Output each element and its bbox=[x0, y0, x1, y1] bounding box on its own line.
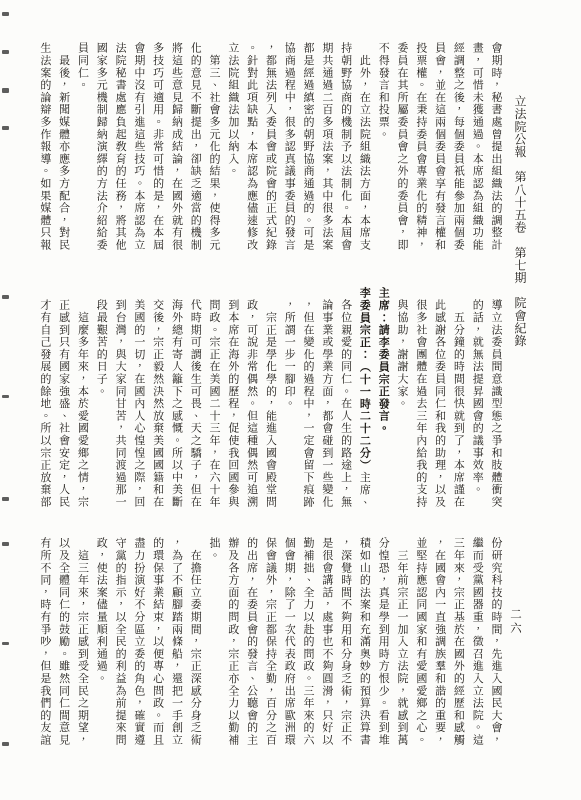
text-column: 的話，就無法提昇國會的議事效率。 bbox=[467, 287, 486, 511]
scan-artifact bbox=[2, 395, 9, 398]
scan-artifact bbox=[2, 742, 9, 746]
running-header: 立法院公報 第八十五卷 第七期 院會紀錄 bbox=[512, 95, 529, 347]
text-column: 導立法委員間意識型態之爭和肢體衝突 bbox=[486, 287, 505, 511]
text-column: 盡力扮演好不分區立委的角色，確實遵 bbox=[129, 537, 148, 749]
gazette-page: 立法院公報 第八十五卷 第七期 院會紀錄 二六 會期時，秘書處曾提出組織法的調整… bbox=[0, 0, 581, 800]
text-column: 在擔任立委期間，宗正深感分身乏術 bbox=[185, 537, 204, 749]
text-column: 問政。宗正在美國二十三年，在六十年 bbox=[204, 287, 223, 511]
text-column: 與協助，謝謝大家。 bbox=[392, 287, 411, 511]
scan-artifact bbox=[2, 50, 9, 54]
text-column: 國家多元機制歸納演繹的方法介紹給委 bbox=[91, 42, 110, 254]
text-column: 個會期，除了一次代表政府出席歐洲環 bbox=[279, 537, 298, 749]
text-column: 的出席，在委員會的發言、公聽會的主 bbox=[242, 537, 261, 749]
text-column: 生法案的論辯多作報導。如果媒體只報 bbox=[35, 42, 54, 254]
text-column: 積如山的法案和充滿奧妙的預算決算書 bbox=[355, 537, 374, 749]
text-column: 委員在其所屬委員會之外的委員會，即 bbox=[392, 42, 411, 254]
text-column: ，但在變化的過程中，一定會留下痕跡 bbox=[298, 287, 317, 511]
text-column: 多技巧可適用。非常可惜的是，在本屆 bbox=[148, 42, 167, 254]
text-column: 員會，並在這兩個委員會享有發言權和 bbox=[430, 42, 449, 254]
text-column: 才有自己發展的餘地。所以宗正放棄部 bbox=[35, 287, 54, 511]
text-band-bottom: 份研究科技的時間，先進入國民大會，繼而受黨國器重，徵召進入立法院。這三年來，宗正… bbox=[35, 537, 505, 749]
text-column: 經調整之後，每個委員祇能參加兩個委 bbox=[449, 42, 468, 254]
scan-artifact bbox=[2, 295, 9, 299]
text-column: 正感到只有國家強盛、社會安定，人民 bbox=[54, 287, 73, 511]
text-column: 主席：請李委員宗正發言。 bbox=[373, 287, 392, 511]
text-column: 畫，可惜未獲通過。本席認為組織功能 bbox=[467, 42, 486, 254]
text-column: 到台灣，與大家同甘苦，共同渡過那一 bbox=[110, 287, 129, 511]
speaker-name: 主席：請李委員宗正發言。 bbox=[377, 287, 390, 435]
text-column: 將這些意見歸納成結論，在國外就有很 bbox=[167, 42, 186, 254]
text-column: 美國的一切，在國內人心惶惶之際，回 bbox=[129, 287, 148, 511]
text-column: ，在國會內一直強調族羣和諧的重要， bbox=[430, 537, 449, 749]
text-column: 有所不同，時有爭吵，但是我們的友誼 bbox=[35, 537, 54, 749]
text-column: 的環保事業結束，以便專心問政。而且 bbox=[148, 537, 167, 749]
text-band-middle: 導立法委員間意識型態之爭和肢體衝突的話，就無法提昇國會的議事效率。 五分鐘的時間… bbox=[35, 287, 505, 511]
text-column: 海外總有寄人籬下之感慨。所以中美斷 bbox=[167, 287, 186, 511]
text-column: 第三、社會多元化的結果，使得多元 bbox=[204, 42, 223, 254]
text-column: 三年前宗正一加入立法院，就感到萬 bbox=[392, 537, 411, 749]
text-column: 拙。 bbox=[204, 537, 223, 749]
text-column: 期共通過二百多項法案，其中很多法案 bbox=[317, 42, 336, 254]
scan-artifact bbox=[2, 12, 9, 16]
text-column: 投票權。在秉持委員會專業化的精神， bbox=[411, 42, 430, 254]
text-column: 段最艱苦的日子。 bbox=[91, 287, 110, 511]
text-column: ，所謂一步一腳印。 bbox=[279, 287, 298, 511]
text-column: 這麼多年來，本於愛國愛鄉之情，宗 bbox=[73, 287, 92, 511]
text-column: 此外，在立法院組織法方面，本席支 bbox=[355, 42, 374, 254]
text-column: 份研究科技的時間，先進入國民大會， bbox=[486, 537, 505, 749]
text-column: ，深覺時間不夠用和分身乏術，宗正不 bbox=[336, 537, 355, 749]
text-column: 守黨的指示，以全民的利益為前提來問 bbox=[110, 537, 129, 749]
scan-artifact bbox=[2, 88, 9, 93]
text-column: 化的意見不斷提出，卻缺乏適當的機制 bbox=[185, 42, 204, 254]
text-column: 政，使法案儘量順利通過。 bbox=[91, 537, 110, 749]
speaker-name: 李委員宗正：（十一時二十二分） bbox=[358, 287, 371, 472]
text-column: 勤補拙、全力以赴的問政。三年來的六 bbox=[298, 537, 317, 749]
text-column: 宗正是學化學的，能進入國會殿堂問 bbox=[261, 287, 280, 511]
text-column: 論事業或學業方面，都會碰到一些變化 bbox=[317, 287, 336, 511]
text-column: 最後，新聞媒體亦應多方配合，對民 bbox=[54, 42, 73, 254]
text-column: 代時期可謂後生可畏、天之驕子，但在 bbox=[185, 287, 204, 511]
page-number: 二六 bbox=[508, 608, 524, 636]
scan-artifact bbox=[2, 497, 9, 501]
text-column: 會期中沒有引進這些技巧。本席認為立 bbox=[129, 42, 148, 254]
text-column: 分惶恐，真是學到用時方恨少。看到堆 bbox=[373, 537, 392, 749]
text-column: 法院秘書處應負起敎育的任務，將其他 bbox=[110, 42, 129, 254]
text-column: 並堅持應認同國家和有愛國愛鄉之心。 bbox=[411, 537, 430, 749]
text-column: 。針對此項缺點，本席認為應儘速修改 bbox=[242, 42, 261, 254]
text-column: 立法院組織法加以納入。 bbox=[223, 42, 242, 254]
scan-artifact bbox=[2, 642, 9, 645]
text-column: 持朝野協商的機制予以法制化。本屆會 bbox=[336, 42, 355, 254]
text-column: 政，可說非常偶然。但這種偶然可追溯 bbox=[242, 287, 261, 511]
text-column: 協商過程中，很多認真議事委員的發言 bbox=[279, 42, 298, 254]
text-column: 這三年來，宗正感到受全民之期望， bbox=[73, 537, 92, 749]
text-column: ，為了不顧腳踏兩條船，還把一手創立 bbox=[167, 537, 186, 749]
scan-artifact bbox=[2, 542, 9, 546]
text-band-top: 會期時，秘書處曾提出組織法的調整計畫，可惜未獲通過。本席認為組織功能經調整之後，… bbox=[35, 42, 505, 254]
text-column: 會期時，秘書處曾提出組織法的調整計 bbox=[486, 42, 505, 254]
text-column: 繼而受黨國器重，徵召進入立法院。這 bbox=[467, 537, 486, 749]
text-column: 以及全體同仁的鼓勵。雖然同仁間意見 bbox=[54, 537, 73, 749]
text-column: 辦及各方面的問政，宗正亦全力以勤補 bbox=[223, 537, 242, 749]
text-column: 此感謝各位委員同仁和我的助理，以及 bbox=[430, 287, 449, 511]
text-column: 很多社會團體在過去三年內給我的支持 bbox=[411, 287, 430, 511]
scan-artifact bbox=[2, 126, 9, 130]
text-column: 不得發言和投票。 bbox=[373, 42, 392, 254]
text-column: ，都無法列入委員會或院會的正式紀錄 bbox=[261, 42, 280, 254]
text-column: 員同仁。 bbox=[73, 42, 92, 254]
text-column: 交後，宗正毅然決然放棄美國國籍和在 bbox=[148, 287, 167, 511]
text-column: 到本席在海外的歷程，促使我回國參與 bbox=[223, 287, 242, 511]
text-column: 三年來，宗正基於在國外的經歷和感觸 bbox=[449, 537, 468, 749]
text-column: 五分鐘的時間很快就到了，本席謹在 bbox=[449, 287, 468, 511]
text-column: 李委員宗正：（十一時二十二分）主席、 bbox=[355, 287, 374, 511]
text-column: 都是經過縝密的朝野協商通過的。可是 bbox=[298, 42, 317, 254]
text-column: 各位親愛的同仁。在人生的路途上，無 bbox=[336, 287, 355, 511]
text-column: 保會議外，宗正都保持全勤，百分之百 bbox=[261, 537, 280, 749]
text-column: 是很會講話，處事也不夠圓滑，只好以 bbox=[317, 537, 336, 749]
